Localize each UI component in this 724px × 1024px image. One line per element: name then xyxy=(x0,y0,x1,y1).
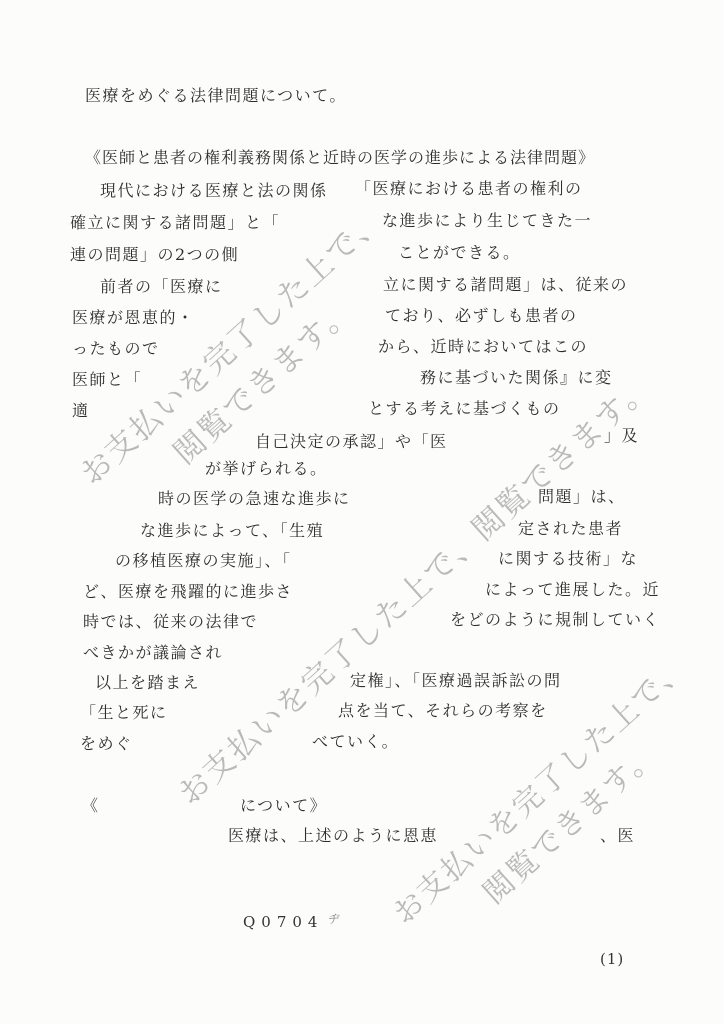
text-fragment: 「医療における患者の権利の xyxy=(355,181,583,197)
text-fragment: が挙げられる。 xyxy=(205,461,328,477)
text-fragment: 定権」、「医療過誤訴訟の問 xyxy=(350,673,562,689)
text-fragment: ことができる。 xyxy=(398,245,521,261)
text-fragment: な進歩により生じてきた一 xyxy=(382,213,592,229)
text-fragment: に関する技術」な xyxy=(498,551,638,567)
section-heading-fragment: 《 xyxy=(82,798,100,814)
text-fragment: 連の問題」の2つの側 xyxy=(70,247,239,263)
text-fragment: 医師と「 xyxy=(72,372,142,388)
payment-watermark: お支払いを完了した上で、 閲覧できます。 xyxy=(383,645,724,968)
text-fragment: 以上を踏まえ xyxy=(95,675,200,691)
text-fragment: から、近時においてはこの xyxy=(378,339,588,355)
document-title: 医療をめぐる法律問題について。 xyxy=(85,88,347,104)
section-heading: 《医師と患者の権利義務関係と近時の医学の進歩による法律問題》 xyxy=(85,150,595,166)
stray-mark: ヂ xyxy=(328,913,342,925)
text-fragment: 立に関する諸問題」は、従来の xyxy=(383,277,628,293)
text-fragment: べていく。 xyxy=(312,734,399,750)
text-fragment: 定された患者 xyxy=(518,521,623,537)
scanned-document-page: お支払いを完了した上で、 閲覧できます。 お支払いを完了した上で、閲覧できます。… xyxy=(0,0,724,1024)
text-fragment: 前者の「医療に xyxy=(100,279,223,295)
text-fragment: ったもので xyxy=(72,341,160,357)
text-fragment: 」及 xyxy=(604,428,639,444)
text-fragment: によって進展した。近 xyxy=(485,582,660,598)
text-fragment: とする考えに基づくもの xyxy=(368,401,561,417)
text-fragment: 現代における医療と法の関係 xyxy=(100,183,328,199)
text-fragment: 確立に関する諸問題」と「 xyxy=(70,215,280,231)
text-fragment: 適 xyxy=(72,403,90,419)
section-heading-fragment: について》 xyxy=(240,798,327,814)
text-fragment: をめぐ xyxy=(80,736,133,752)
text-fragment: 医療が恩恵的・ xyxy=(72,310,195,326)
text-fragment: 問題」は、 xyxy=(538,489,626,505)
text-fragment: をどのように規制していく xyxy=(450,612,660,628)
text-fragment: 「生と死に xyxy=(80,705,168,721)
text-fragment: べきかが議論され xyxy=(83,645,223,661)
text-fragment: 時では、従来の法律で xyxy=(83,614,258,630)
watermark-line: 閲覧できます。 xyxy=(413,679,724,969)
text-fragment: 、医 xyxy=(600,828,635,844)
text-fragment: 医療は、上述のように恩恵 xyxy=(228,828,438,844)
text-fragment: 点を当て、それらの考察を xyxy=(338,703,548,719)
text-fragment: 自己決定の承認」や「医 xyxy=(255,434,448,450)
text-fragment: ており、必ずしも患者の xyxy=(385,308,578,324)
text-fragment: ど、医療を飛躍的に進歩さ xyxy=(83,584,293,600)
text-fragment: の移植医療の実施」、「 xyxy=(115,553,292,569)
text-fragment: 時の医学の急速な進歩に xyxy=(158,491,351,507)
page-code: Q0704 xyxy=(243,915,323,930)
page-number: (1) xyxy=(600,952,624,967)
text-fragment: な進歩によって、「生殖 xyxy=(140,523,324,539)
text-fragment: 務に基づいた関係』に変 xyxy=(420,370,613,386)
